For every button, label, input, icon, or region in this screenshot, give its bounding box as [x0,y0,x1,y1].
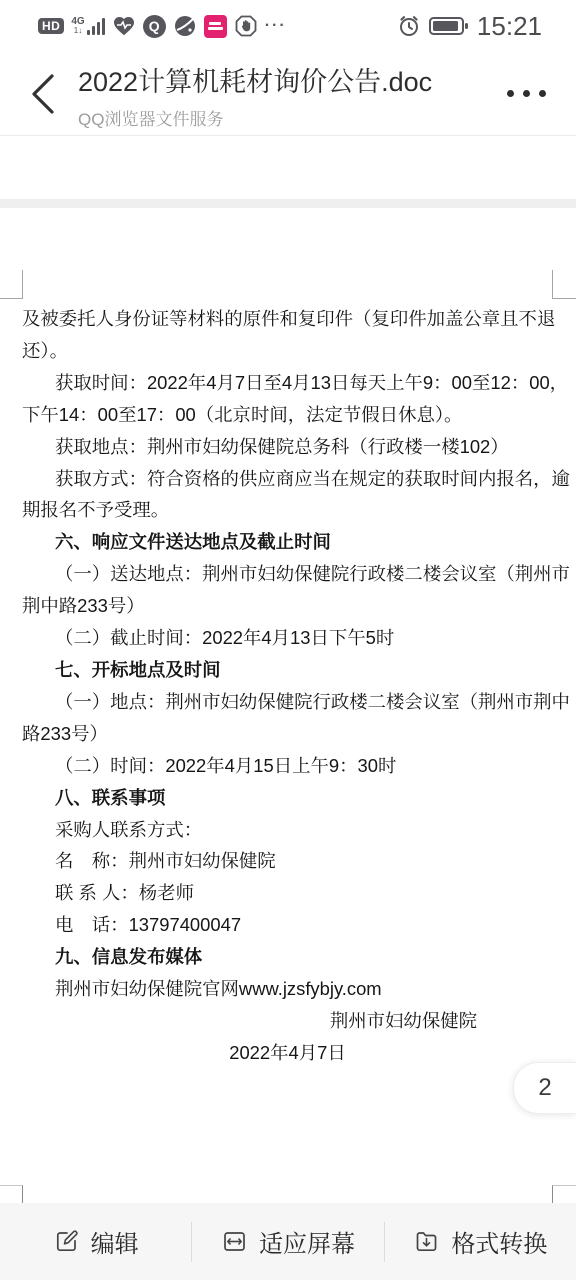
document-viewer[interactable]: 及被委托人身份证等材料的原件和复印件（复印件加盖公章且不退还）。获取时间：202… [0,136,576,1203]
phone-screen: HD 4G 1↓ Q [0,0,576,1280]
page-corner-mark-bottom-right [552,1185,576,1203]
edit-pencil-icon [53,1228,80,1255]
convert-download-icon [413,1228,440,1255]
doc-line: 采购人联系方式： [55,814,553,846]
doc-line: 还）。 [22,335,553,367]
header-title-block: 2022计算机耗材询价公告.doc QQ浏览器文件服务 [78,60,486,130]
doc-line: 及被委托人身份证等材料的原件和复印件（复印件加盖公章且不退 [22,303,553,335]
page-number: 2 [538,1074,551,1102]
fit-width-icon [221,1228,248,1255]
more-menu-button[interactable] [507,90,546,97]
status-more-icon: ··· [265,17,287,35]
doc-line: 下午14：00至17：00（北京时间，法定节假日休息）。 [22,399,553,431]
doc-line: 2022年4月7日 [22,1037,553,1069]
signal-strength-icon: 4G 1↓ [71,17,104,35]
edit-label: 编辑 [91,1224,139,1259]
globe-app-icon [173,14,197,38]
status-left-icons: HD 4G 1↓ Q [38,14,287,38]
clock-time: 15:21 [477,11,542,42]
doc-line: （二）截止时间：2022年4月13日下午5时 [55,622,553,654]
gesture-hand-icon [234,14,258,38]
qq-browser-icon: Q [143,15,166,38]
network-type-label: 4G 1↓ [71,17,84,35]
page-corner-mark-bottom-left [0,1185,23,1203]
fit-screen-button[interactable]: 适应屏幕 [192,1203,383,1280]
battery-icon [429,15,469,37]
doc-line: 路233号） [22,718,553,750]
doc-line: 八、联系事项 [55,782,553,814]
page-corner-mark-top-right [552,270,576,299]
doc-line: 获取方式：符合资格的供应商应当在规定的获取时间内报名，逾 [55,463,553,495]
page-number-badge[interactable]: 2 [513,1062,576,1114]
doc-line: 七、开标地点及时间 [55,654,553,686]
page-corner-mark-top-left [0,270,23,299]
signal-bars-icon [87,18,105,35]
document-header: 2022计算机耗材询价公告.doc QQ浏览器文件服务 [0,52,576,136]
alarm-clock-icon [397,14,421,38]
doc-line: 电 话：13797400047 [55,909,553,941]
document-lines: 及被委托人身份证等材料的原件和复印件（复印件加盖公章且不退还）。获取时间：202… [22,303,553,1069]
doc-line: （二）时间：2022年4月15日上午9：30时 [55,750,553,782]
pink-app-icon [204,15,227,38]
status-bar: HD 4G 1↓ Q [0,0,576,52]
doc-line: 荆州市妇幼保健院 [22,1005,553,1037]
fit-screen-label: 适应屏幕 [259,1224,355,1259]
doc-line: 联 系 人：杨老师 [55,877,553,909]
doc-line: 荆州市妇幼保健院官网www.jzsfybjy.com [55,973,553,1005]
health-heart-icon [112,14,136,38]
doc-line: 期报名不予受理。 [22,494,553,526]
doc-line: 六、响应文件送达地点及截止时间 [55,526,553,558]
file-source-label: QQ浏览器文件服务 [78,105,486,130]
doc-line: 九、信息发布媒体 [55,941,553,973]
doc-line: 获取地点：荆州市妇幼保健院总务科（行政楼一楼102） [55,431,553,463]
doc-line: （一）送达地点：荆州市妇幼保健院行政楼二楼会议室（荆州市 [55,558,553,590]
doc-line: 名 称：荆州市妇幼保健院 [55,845,553,877]
doc-line: 荆中路233号） [22,590,553,622]
doc-line: （一）地点：荆州市妇幼保健院行政楼二楼会议室（荆州市荆中 [55,686,553,718]
hd-volte-icon: HD [38,18,64,34]
format-convert-label: 格式转换 [451,1224,547,1259]
bottom-toolbar: 编辑 适应屏幕 格式转换 [0,1203,576,1280]
file-title: 2022计算机耗材询价公告.doc [78,60,486,99]
status-right-icons: 15:21 [397,11,542,42]
doc-line: 获取时间：2022年4月7日至4月13日每天上午9：00至12：00， [55,367,553,399]
back-button[interactable] [26,70,62,118]
page-separator [0,199,576,208]
format-convert-button[interactable]: 格式转换 [385,1203,576,1280]
edit-button[interactable]: 编辑 [0,1203,191,1280]
